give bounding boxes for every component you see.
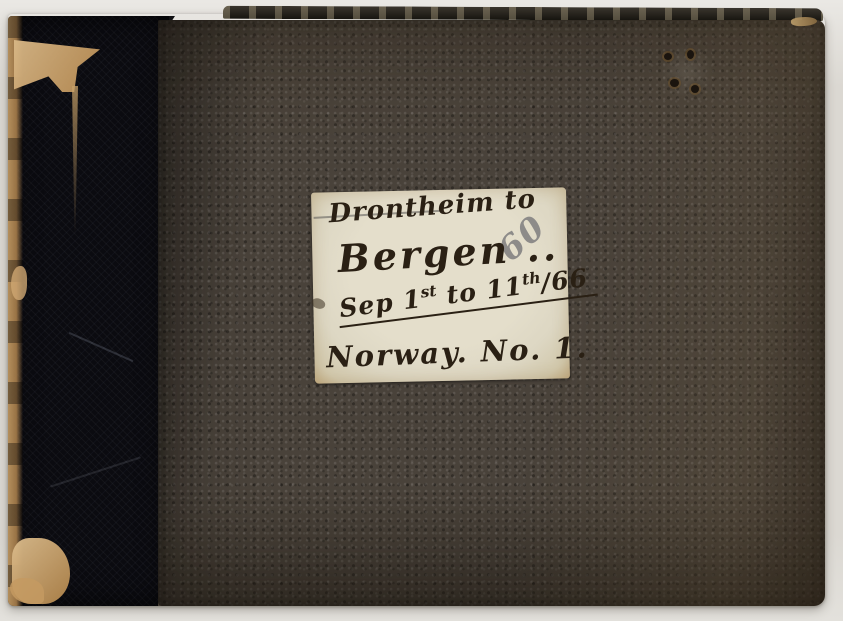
front-cover: Drontheim to 60 Bergen .. Sep 1st to 11t…: [158, 20, 825, 606]
spine-wear-patch-mid: [11, 266, 27, 300]
ink-smudge: [310, 297, 326, 311]
book-spine: [8, 16, 169, 606]
spine-wear-spike: [70, 86, 80, 236]
spine-scratch: [69, 332, 134, 362]
paper-label: Drontheim to 60 Bergen .. Sep 1st to 11t…: [311, 187, 570, 383]
notebook: Drontheim to 60 Bergen .. Sep 1st to 11t…: [8, 14, 825, 606]
label-line-3-part1: Sep 1: [338, 284, 424, 323]
label-line-3-part2: to 11: [435, 271, 524, 311]
worm-hole: [664, 53, 672, 60]
worm-hole: [691, 85, 699, 93]
worm-hole: [687, 50, 694, 59]
label-line-1: Drontheim to: [328, 184, 537, 229]
photo-scene: Drontheim to 60 Bergen .. Sep 1st to 11t…: [0, 0, 843, 621]
back-cover-edge: [223, 6, 823, 22]
spine-wear-patch-top: [14, 40, 100, 92]
cover-corner-chip: [791, 16, 818, 27]
label-line-4: Norway. No. 1.: [326, 330, 590, 374]
label-line-3-part3: /66: [539, 263, 589, 298]
spine-scratch: [50, 456, 141, 487]
worm-hole: [670, 79, 679, 87]
spine-worn-edge: [8, 16, 23, 606]
